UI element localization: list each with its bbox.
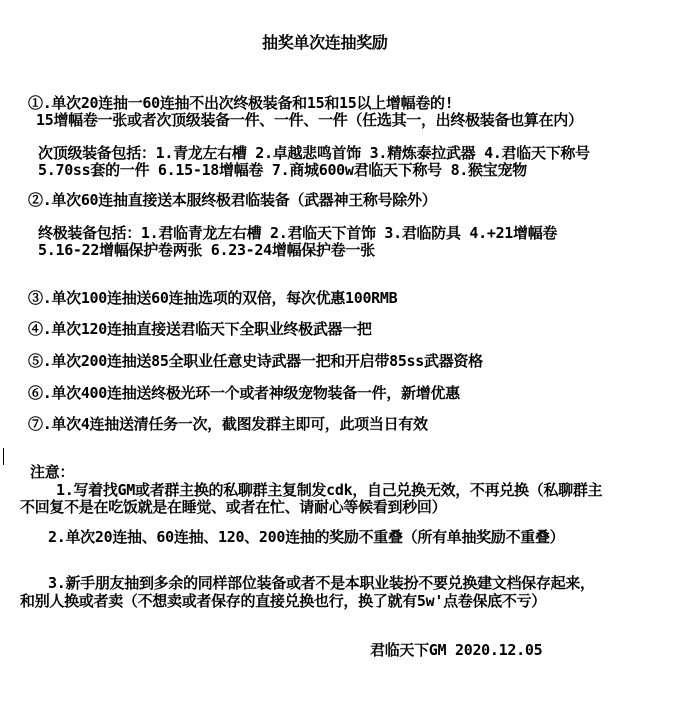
rule-3: ③.单次100连抽送60连抽选项的双倍，每次优惠100RMB <box>28 290 397 307</box>
signature: 君临天下GM 2020.12.05 <box>370 642 542 659</box>
rule-7: ⑦.单次4连抽送清任务一次，截图发群主即可，此项当日有效 <box>28 416 428 433</box>
note-1-line-2: 不回复不是在吃饭就是在睡觉、或者在忙、请耐心等候看到秒回） <box>20 499 446 516</box>
rule-2-line-1: ②.单次60连抽直接送本服终极君临装备（武器神王称号除外） <box>28 192 436 209</box>
note-3-line-1: 3.新手朋友抽到多余的同样部位装备或者不是本职业装扮不要兑换建文档保存起来， <box>48 575 595 592</box>
rule-5: ⑤.单次200连抽送85全职业任意史诗武器一把和开启带85ss武器资格 <box>28 353 483 370</box>
document-title: 抽奖单次连抽奖励 <box>262 34 388 51</box>
rule-1-line-2: 15增幅卷一张或者次顶级装备一件、一件、一件（任选其一，出终极装备也算在内） <box>36 112 583 129</box>
note-1-line-1: 1.写着找GM或者群主换的私聊群主复制发cdk，自己兑换无效，不再兑换（私聊群主 <box>56 482 602 499</box>
rule-1-detail-2: 5.70ss套的一件 6.15-18增幅卷 7.商城600w君临天下称号 8.猴… <box>38 162 527 179</box>
text-cursor[interactable] <box>3 448 4 465</box>
rule-2-detail-2: 5.16-22增幅保护卷两张 6.23-24增幅保护卷一张 <box>38 242 375 259</box>
rule-1-detail-1: 次顶级装备包括：1.青龙左右槽 2.卓越悲鸣首饰 3.精炼泰拉武器 4.君临天下… <box>38 145 590 162</box>
note-3-line-2: 和别人换或者卖（不想卖或者保存的直接兑换也行，换了就有5w'点卷保底不亏） <box>20 593 546 610</box>
rule-4: ④.单次120连抽直接送君临天下全职业终极武器一把 <box>28 321 372 338</box>
rule-6: ⑥.单次400连抽送终极光环一个或者神级宠物装备一件，新增优惠 <box>28 385 460 402</box>
note-2: 2.单次20连抽、60连抽、120、200连抽的奖励不重叠（所有单抽奖励不重叠） <box>48 529 564 546</box>
notes-heading: 注意： <box>30 464 74 481</box>
rule-1-line-1: ①.单次20连抽一60连抽不出次终极装备和15和15以上增幅卷的! <box>28 95 453 112</box>
rule-2-detail-1: 终极装备包括：1.君临青龙左右槽 2.君临天下首饰 3.君临防具 4.+21增幅… <box>38 225 557 242</box>
